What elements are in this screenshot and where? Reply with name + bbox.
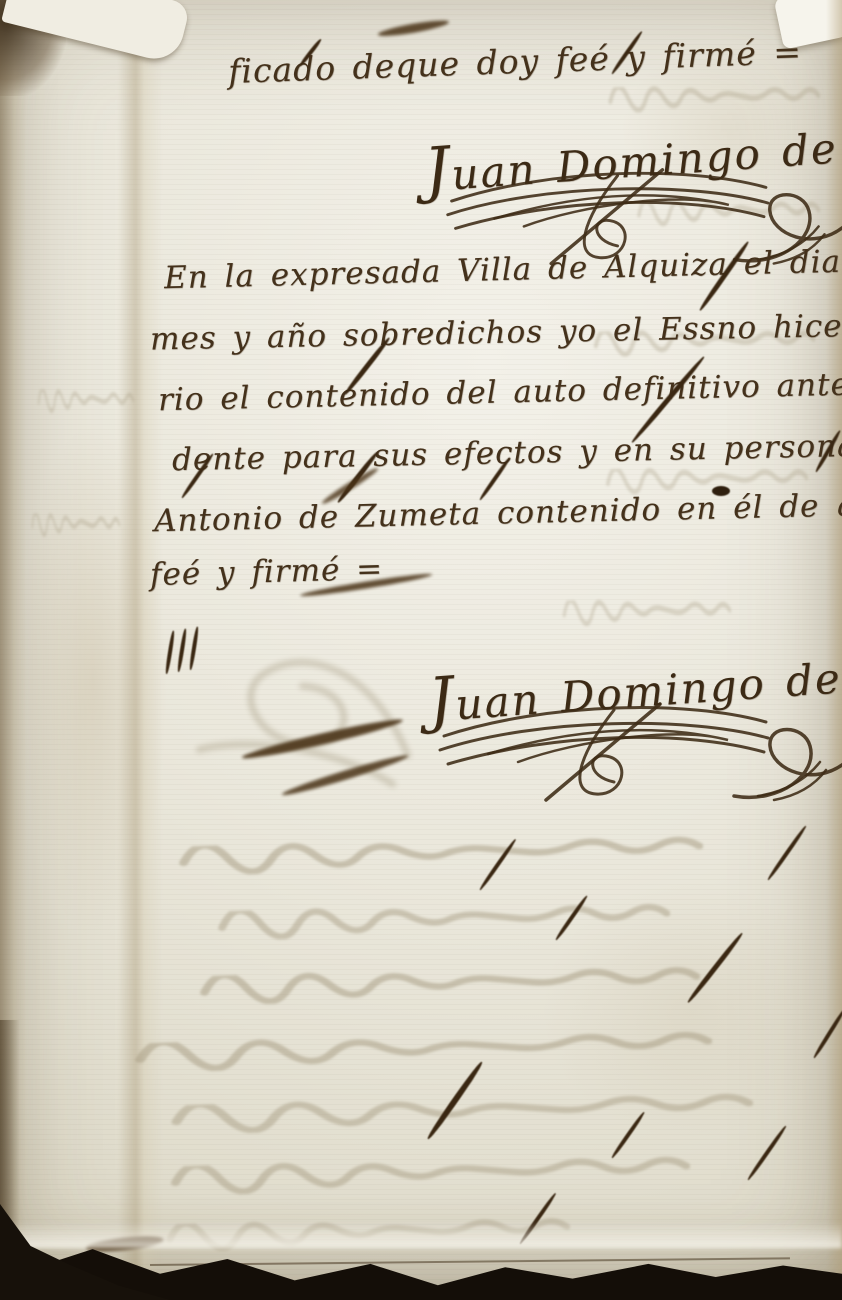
fold-crease	[118, 0, 162, 1300]
bleed-through-line	[34, 386, 135, 413]
signature-rubric-icon	[428, 696, 842, 814]
bleed-through-line	[28, 510, 121, 537]
deckle-edge	[0, 1222, 842, 1248]
ink-blot	[712, 486, 730, 496]
bleed-through-flourish	[182, 613, 438, 807]
manuscript-page: ficado deque doy feé y firmé = Juan Domi…	[0, 0, 842, 1300]
